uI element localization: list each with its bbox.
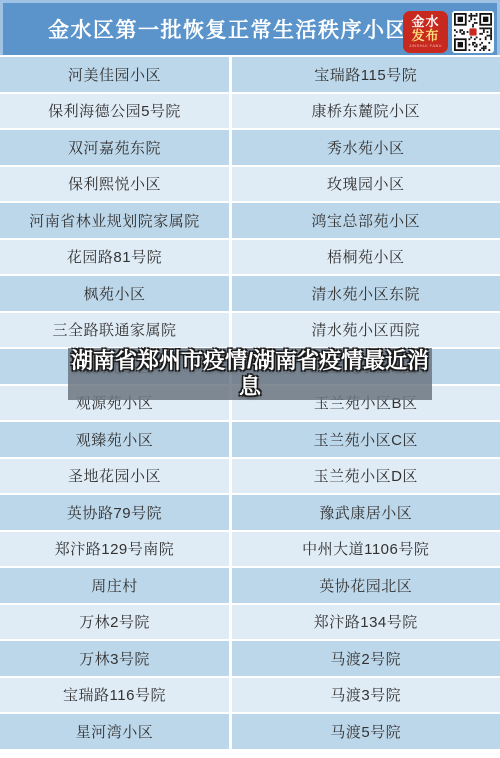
page-title: 金水区第一批恢复正常生活秩序小区 [48,14,408,44]
community-cell: 马渡2号院 [232,641,500,676]
community-cell: 河美佳园小区 [0,57,229,92]
community-cell: 枫苑小区 [0,276,229,311]
community-cell: 河南省林业规划院家属院 [0,203,229,238]
community-cell: 宝瑞路115号院 [232,57,500,92]
table-row: 保利熙悦小区玫瑰园小区 [0,167,500,202]
table-row: 英协路79号院豫武康居小区 [0,495,500,530]
table-row: 万林2号院郑汴路134号院 [0,605,500,640]
logo-line2: 发布 [411,29,439,43]
community-cell: 郑汴路129号南院 [0,532,229,567]
community-cell: 周庄村 [0,568,229,603]
table-row: 星河湾小区马渡5号院 [0,714,500,749]
community-cell: 星河湾小区 [0,714,229,749]
table-row: 河南省林业规划院家属院鸿宝总部苑小区 [0,203,500,238]
community-cell: 玉兰苑小区D区 [232,459,500,494]
community-cell: 万林3号院 [0,641,229,676]
jinshui-fabu-logo: 金水 发布 JINSHUI FABU [403,11,448,53]
community-cell: 花园路81号院 [0,240,229,275]
table-row: 万林3号院马渡2号院 [0,641,500,676]
community-cell: 万林2号院 [0,605,229,640]
community-cell: 清水苑小区东院 [232,276,500,311]
table-row: 保利海德公园5号院康桥东麓院小区 [0,94,500,129]
qr-center-logo [469,28,476,35]
watermark-overlay: 湖南省郑州市疫情/湖南省疫情最近消息 [68,348,432,400]
community-cell: 马渡5号院 [232,714,500,749]
community-cell: 保利海德公园5号院 [0,94,229,129]
community-cell: 三全路联通家属院 [0,313,229,348]
community-cell: 中州大道1106号院 [232,532,500,567]
community-cell: 英协路79号院 [0,495,229,530]
community-cell: 观臻苑小区 [0,422,229,457]
community-cell: 郑汴路134号院 [232,605,500,640]
table-row: 河美佳园小区宝瑞路115号院 [0,57,500,92]
community-cell: 豫武康居小区 [232,495,500,530]
watermark-text: 湖南省郑州市疫情/湖南省疫情最近消息 [68,348,432,400]
table-row: 观臻苑小区玉兰苑小区C区 [0,422,500,457]
table-row: 周庄村英协花园北区 [0,568,500,603]
table-row: 圣地花园小区玉兰苑小区D区 [0,459,500,494]
logo-subtext: JINSHUI FABU [409,43,442,49]
community-cell: 清水苑小区西院 [232,313,500,348]
community-cell: 玫瑰园小区 [232,167,500,202]
table-row: 枫苑小区清水苑小区东院 [0,276,500,311]
community-cell: 保利熙悦小区 [0,167,229,202]
header-banner: 金水区第一批恢复正常生活秩序小区 金水 发布 JINSHUI FABU [0,0,500,55]
table-row: 宝瑞路116号院马渡3号院 [0,678,500,713]
table-row: 花园路81号院梧桐苑小区 [0,240,500,275]
page: 金水区第一批恢复正常生活秩序小区 金水 发布 JINSHUI FABU [0,0,500,758]
community-cell: 双河嘉苑东院 [0,130,229,165]
qr-code-icon [452,11,494,53]
table-row: 三全路联通家属院清水苑小区西院 [0,313,500,348]
community-cell: 马渡3号院 [232,678,500,713]
community-cell: 秀水苑小区 [232,130,500,165]
community-cell: 梧桐苑小区 [232,240,500,275]
table-row: 双河嘉苑东院秀水苑小区 [0,130,500,165]
community-cell: 玉兰苑小区C区 [232,422,500,457]
logo-line1: 金水 [411,15,439,29]
community-cell: 圣地花园小区 [0,459,229,494]
community-cell: 英协花园北区 [232,568,500,603]
table-row: 郑汴路129号南院中州大道1106号院 [0,532,500,567]
community-cell: 鸿宝总部苑小区 [232,203,500,238]
community-table: 河美佳园小区宝瑞路115号院保利海德公园5号院康桥东麓院小区双河嘉苑东院秀水苑小… [0,57,500,751]
community-cell: 康桥东麓院小区 [232,94,500,129]
community-cell: 宝瑞路116号院 [0,678,229,713]
